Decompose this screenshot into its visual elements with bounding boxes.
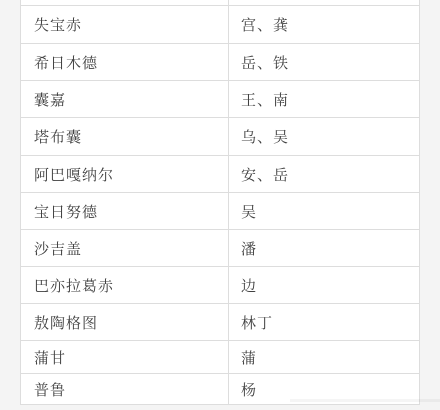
surname-value: 林丁	[241, 312, 273, 333]
surname-cell: 蒲	[229, 341, 419, 373]
table-row: 失宝赤 宫、龚	[21, 6, 419, 44]
surname-value: 宫、龚	[241, 14, 289, 35]
clan-name-cell: 敖陶格图	[21, 304, 229, 340]
surname-value: 吴	[241, 201, 257, 222]
clan-name: 宝日努德	[34, 201, 98, 222]
clan-name-cell: 沙吉盖	[21, 230, 229, 266]
surname-value: 蒲	[241, 347, 257, 368]
clan-name-cell	[21, 0, 229, 5]
surname-cell: 林丁	[229, 304, 419, 340]
surname-table: 失宝赤 宫、龚 希日木德 岳、铁 囊嘉 王、南 塔布囊	[20, 0, 420, 405]
surname-cell: 岳、铁	[229, 44, 419, 80]
surname-cell: 王、南	[229, 81, 419, 117]
table-row: 沙吉盖 潘	[21, 230, 419, 267]
clan-name-cell: 宝日努德	[21, 193, 229, 229]
surname-value: 乌、吴	[241, 126, 289, 147]
clan-name: 塔布囊	[34, 126, 82, 147]
surname-cell: 安、岳	[229, 156, 419, 192]
surname-cell: 宫、龚	[229, 6, 419, 43]
clan-name-cell: 失宝赤	[21, 6, 229, 43]
clan-name: 失宝赤	[34, 14, 82, 35]
table-row: 宝日努德 吴	[21, 193, 419, 230]
clan-name-cell: 阿巴嘎纳尔	[21, 156, 229, 192]
clan-name: 沙吉盖	[34, 238, 82, 259]
surname-value: 岳、铁	[241, 52, 289, 73]
clan-name: 敖陶格图	[34, 312, 98, 333]
table-row: 希日木德 岳、铁	[21, 44, 419, 81]
clan-name: 蒲甘	[34, 347, 66, 368]
clan-name-cell: 囊嘉	[21, 81, 229, 117]
surname-value: 杨	[241, 379, 257, 400]
clan-name: 希日木德	[34, 52, 98, 73]
surname-cell: 边	[229, 267, 419, 303]
page-background: 失宝赤 宫、龚 希日木德 岳、铁 囊嘉 王、南 塔布囊	[0, 0, 440, 410]
clan-name-cell: 希日木德	[21, 44, 229, 80]
table-row: 巴亦拉葛赤 边	[21, 267, 419, 304]
jpeg-artifact-line	[290, 399, 440, 402]
surname-cell: 吴	[229, 193, 419, 229]
clan-name-cell: 巴亦拉葛赤	[21, 267, 229, 303]
clan-name-cell: 普鲁	[21, 374, 229, 404]
clan-name-cell: 塔布囊	[21, 118, 229, 155]
surname-value: 安、岳	[241, 164, 289, 185]
clan-name: 巴亦拉葛赤	[34, 275, 114, 296]
surname-value: 边	[241, 275, 257, 296]
surname-cell	[229, 0, 419, 5]
table-row: 敖陶格图 林丁	[21, 304, 419, 341]
surname-cell: 潘	[229, 230, 419, 266]
clan-name: 普鲁	[34, 379, 66, 400]
table-row: 阿巴嘎纳尔 安、岳	[21, 156, 419, 193]
surname-value: 潘	[241, 238, 257, 259]
table-row: 囊嘉 王、南	[21, 81, 419, 118]
table-row: 塔布囊 乌、吴	[21, 118, 419, 156]
clan-name: 阿巴嘎纳尔	[34, 164, 114, 185]
surname-cell: 乌、吴	[229, 118, 419, 155]
clan-name-cell: 蒲甘	[21, 341, 229, 373]
surname-value: 王、南	[241, 89, 289, 110]
table-row: 蒲甘 蒲	[21, 341, 419, 374]
clan-name: 囊嘉	[34, 89, 66, 110]
